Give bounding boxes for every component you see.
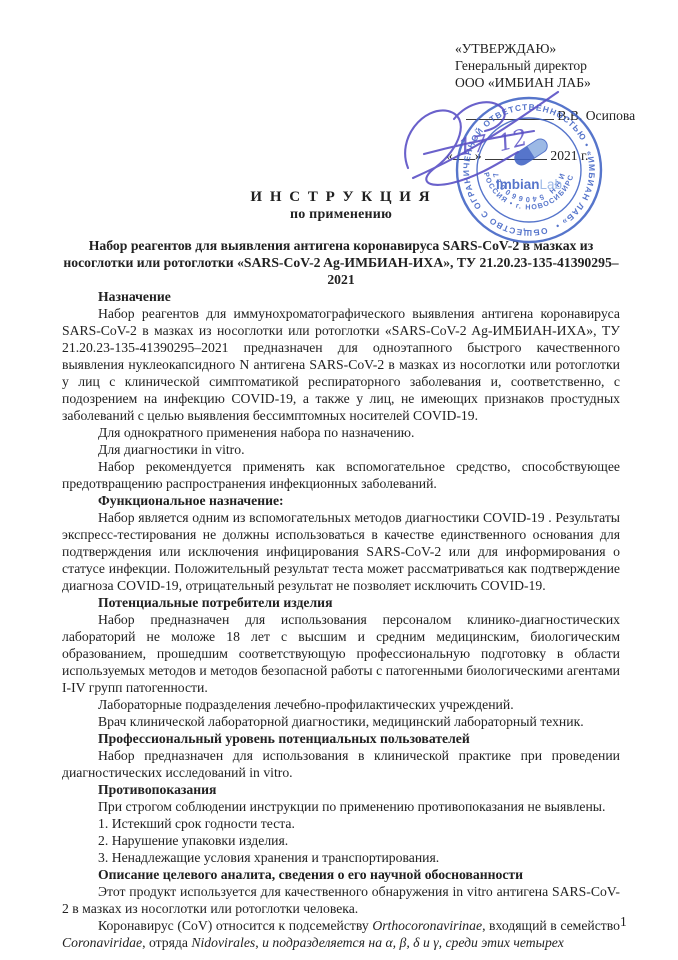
- text-run: Коронавирус (CoV) относится к подсемейст…: [98, 918, 372, 933]
- approval-role: Генеральный директор: [455, 57, 591, 74]
- list-item: 1. Истекший срок годности теста.: [62, 815, 620, 832]
- latin-taxon: Coronaviridae: [62, 935, 142, 950]
- latin-taxon: Orthocoronavirinae: [372, 918, 482, 933]
- paragraph: Для диагностики in vitro.: [62, 441, 620, 458]
- paragraph: Набор предназначен для использования в к…: [62, 747, 620, 781]
- paragraph: Этот продукт используется для качественн…: [62, 883, 620, 917]
- section-heading: Назначение: [62, 288, 620, 305]
- approval-quote: «УТВЕРЖДАЮ»: [455, 40, 591, 57]
- document-page: «УТВЕРЖДАЮ» Генеральный директор ООО «ИМ…: [0, 0, 678, 960]
- list-item: 2. Нарушение упаковки изделия.: [62, 832, 620, 849]
- pen-signature: [396, 82, 581, 194]
- section-heading: Потенциальные потребители изделия: [62, 594, 620, 611]
- paragraph: Набор является одним из вспомогательных …: [62, 509, 620, 594]
- document-body: И Н С Т Р У К Ц И Я по применению Набор …: [62, 188, 620, 951]
- list-item: 3. Ненадлежащие условия хранения и транс…: [62, 849, 620, 866]
- section-heading: Описание целевого аналита, сведения о ег…: [62, 866, 620, 883]
- paragraph: Врач клинической лабораторной диагностик…: [62, 713, 620, 730]
- section-heading: Противопоказания: [62, 781, 620, 798]
- paragraph: Набор реагентов для иммунохроматографиче…: [62, 305, 620, 424]
- handwritten-day: 17: [456, 131, 489, 162]
- paragraph-coronavirus: Коронавирус (CoV) относится к подсемейст…: [62, 917, 620, 951]
- paragraph: Набор предназначен для использования пер…: [62, 611, 620, 696]
- text-run: , входящий в семейство: [482, 918, 620, 933]
- paragraph: При строгом соблюдении инструкции по при…: [62, 798, 620, 815]
- paragraph: Набор рекомендуется применять как вспомо…: [62, 458, 620, 492]
- page-number: 1: [620, 914, 627, 930]
- paragraph: Лабораторные подразделения лечебно-профи…: [62, 696, 620, 713]
- paragraph: Для однократного применения набора по на…: [62, 424, 620, 441]
- text-run: , отряда: [142, 935, 191, 950]
- section-heading: Функциональное назначение:: [62, 492, 620, 509]
- italic-run: и подразделяется на α, β, δ и γ, среди э…: [262, 935, 564, 950]
- section-heading: Профессиональный уровень потенциальных п…: [62, 730, 620, 747]
- latin-taxon: Nidovirales: [191, 935, 255, 950]
